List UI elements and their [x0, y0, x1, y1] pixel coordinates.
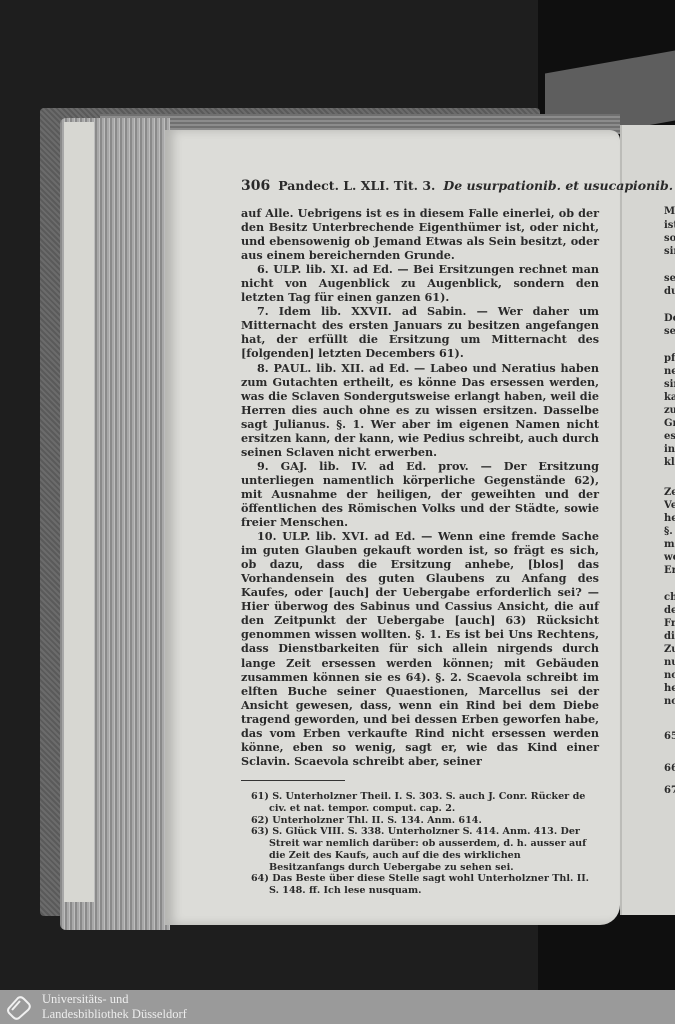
library-name: Universitäts- und Landesbibliothek Düsse… [42, 992, 187, 1022]
library-name-line1: Universitäts- und [42, 992, 187, 1007]
right-page-fragment: Gr [664, 417, 675, 430]
right-page-fragment: he [664, 512, 675, 525]
right-page-fragment: De [664, 312, 675, 325]
paragraph: 7. Idem lib. XXVII. ad Sabin. — Wer dahe… [241, 304, 599, 360]
right-page-fragment: pfl [664, 352, 675, 365]
right-page-fragment: Erl [664, 564, 675, 577]
book-icon [4, 993, 34, 1021]
footnote: 62) Unterholzner Thl. II. S. 134. Anm. 6… [251, 815, 599, 827]
right-page-fragment: Ze [664, 486, 675, 499]
page-text-block: 306 Pandect. L. XLI. Tit. 3. De usurpati… [241, 178, 599, 897]
right-page-fragment: Ve [664, 499, 675, 512]
paragraph: 6. ULP. lib. XI. ad Ed. — Bei Ersitzunge… [241, 262, 599, 304]
right-page-fragment: sir [664, 378, 675, 391]
right-page-fragment: non [664, 695, 675, 708]
right-page-fragment: ne [664, 365, 675, 378]
paragraph: 9. GAJ. lib. IV. ad Ed. prov. — Der Ersi… [241, 459, 599, 529]
right-page-fragment: zu [664, 404, 675, 417]
right-page-fragment: Fra [664, 617, 675, 630]
library-footer: Universitäts- und Landesbibliothek Düsse… [0, 990, 675, 1024]
flyleaf [64, 122, 94, 902]
right-page-fragment: nut [664, 656, 675, 669]
right-page-fragment: ist [664, 219, 675, 232]
right-page-fragment: den [664, 604, 675, 617]
footnote: 63) S. Glück VIII. S. 338. Unterholzner … [251, 826, 599, 873]
right-page-fragment: §. [664, 525, 673, 538]
right-page-fragment: ka [664, 391, 675, 404]
right-page-fragment: M [664, 205, 675, 218]
right-page-fragment: die [664, 630, 675, 643]
right-page-fragment: noc [664, 669, 675, 682]
paragraph: 10. ULP. lib. XVI. ad Ed. — Wenn eine fr… [241, 529, 599, 768]
right-page-fragment: es [664, 430, 675, 443]
right-page-fragment: se [664, 272, 675, 285]
running-head: Pandect. L. XLI. Tit. 3. [278, 178, 435, 194]
right-page-fragment: mä [664, 538, 675, 551]
right-page-fragment: sir [664, 245, 675, 258]
library-name-line2: Landesbibliothek Düsseldorf [42, 1007, 187, 1022]
right-page-fragment: che [664, 591, 675, 604]
right-page-fragment: 66 [664, 762, 675, 775]
right-page-fragment: 65 [664, 730, 675, 743]
running-header: 306 Pandect. L. XLI. Tit. 3. De usurpati… [241, 178, 599, 194]
right-page-fragment: so [664, 232, 675, 245]
footnote: 64) Das Beste über diese Stelle sagt woh… [251, 873, 599, 896]
right-page-fragment: ind [664, 443, 675, 456]
footnote-divider [241, 780, 345, 782]
right-page-fragment: sei [664, 325, 675, 338]
right-page-fragment: 67 [664, 784, 675, 797]
right-page-fragment: her [664, 682, 675, 695]
right-page-fragment: kla [664, 456, 675, 469]
right-page-fragment: Zu [664, 643, 675, 656]
right-page-fragment: we [664, 551, 675, 564]
paragraph: auf Alle. Uebrigens ist es in diesem Fal… [241, 206, 599, 262]
page-number: 306 [241, 178, 270, 194]
right-page-fragment: du [664, 285, 675, 298]
paragraph: 8. PAUL. lib. XII. ad Ed. — Labeo und Ne… [241, 361, 599, 459]
running-head-title: De usurpationib. et usucapionib. [443, 178, 673, 194]
footnote: 61) S. Unterholzner Theil. I. S. 303. S.… [251, 791, 599, 814]
